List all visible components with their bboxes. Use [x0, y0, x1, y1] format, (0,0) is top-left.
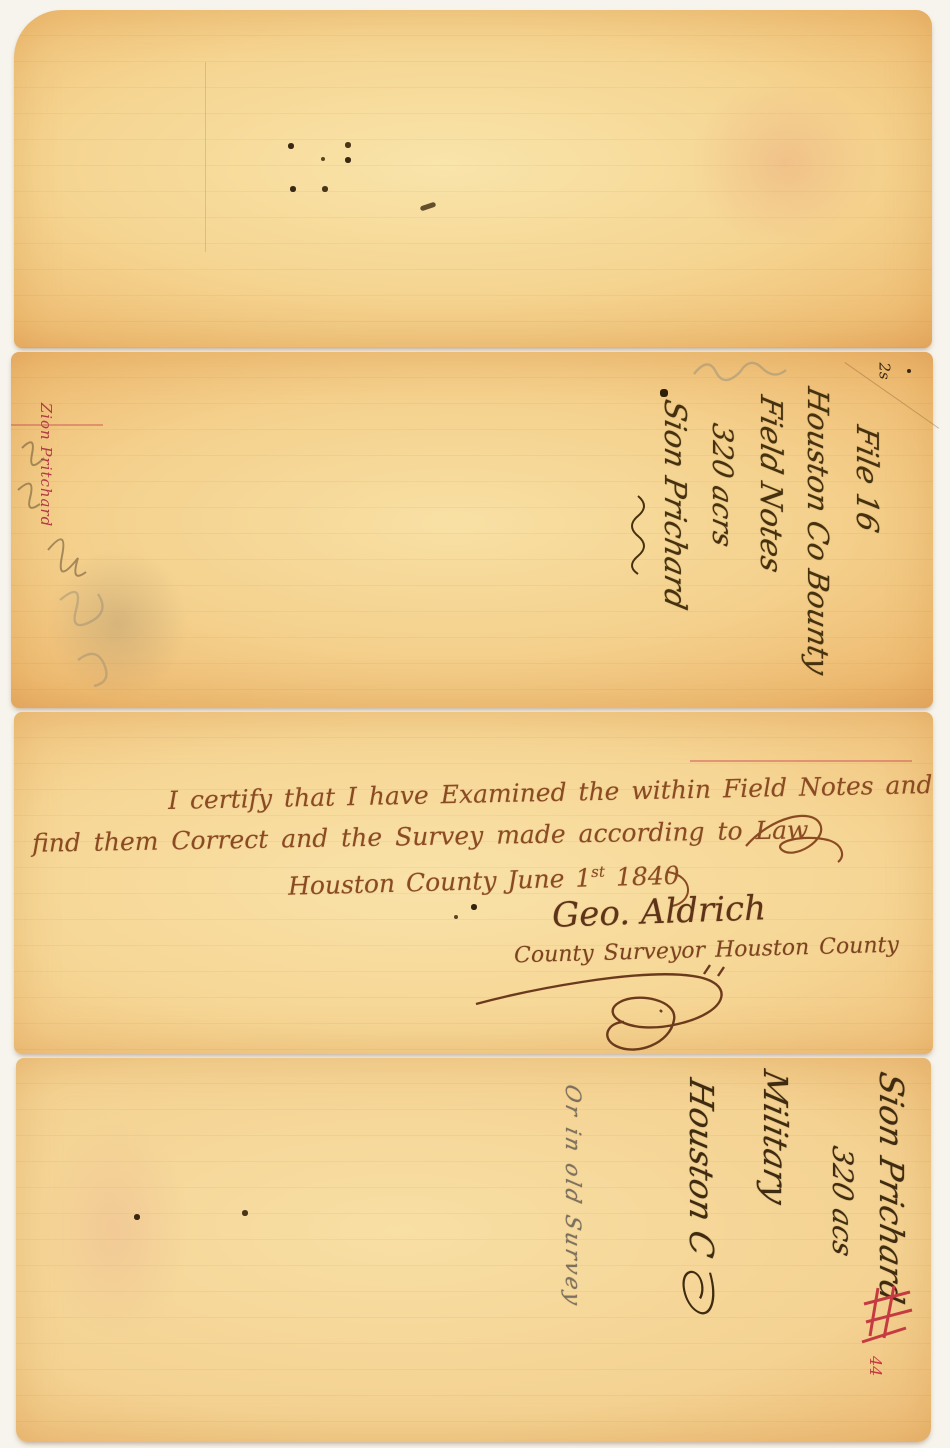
- county-flourish: [676, 1261, 720, 1327]
- red-edge-name: Zion Pritchard: [37, 365, 55, 565]
- ghost-scribble: [688, 352, 808, 386]
- acreage-label: 320 acrs: [698, 419, 746, 705]
- surveyor-signature: Geo. Aldrich: [551, 888, 766, 935]
- docket-service-class: Military: [756, 1066, 795, 1208]
- dateline-sup: st: [591, 863, 605, 881]
- paper-panel-top: [14, 10, 932, 348]
- docket-grantee-name: Sion Prichard: [872, 1068, 911, 1307]
- scanned-document: File 16 Houston Co Bounty Field Notes 32…: [0, 0, 950, 1448]
- docket-county: Houston C: [676, 1074, 721, 1328]
- docket-acreage: 320 acs: [826, 1143, 859, 1260]
- file-docket-rotated: File 16 Houston Co Bounty Field Notes 32…: [630, 360, 890, 700]
- pen-squiggle: [632, 492, 650, 582]
- corner-notation: 2s: [876, 362, 894, 379]
- county-bounty-label: Houston Co Bounty: [794, 383, 842, 705]
- grantee-name: Sion Prichard: [650, 395, 698, 705]
- docket-county-text: Houston C: [682, 1075, 721, 1261]
- signature-paraph-flourish: [468, 952, 798, 1060]
- red-tally-mark: 44: [852, 1284, 922, 1360]
- law-flourish: [742, 806, 852, 868]
- pencil-note: Or in old Survey: [561, 1082, 585, 1310]
- ink-specks: [0, 0, 2, 2]
- field-notes-label: Field Notes: [746, 391, 794, 705]
- faint-handwriting-marks: [8, 430, 148, 700]
- red-mark-number: 44: [866, 1355, 885, 1376]
- file-number: File 16: [842, 421, 890, 705]
- grant-docket-rotated: Sion Prichard 320 acs Military Houston C…: [537, 1055, 917, 1415]
